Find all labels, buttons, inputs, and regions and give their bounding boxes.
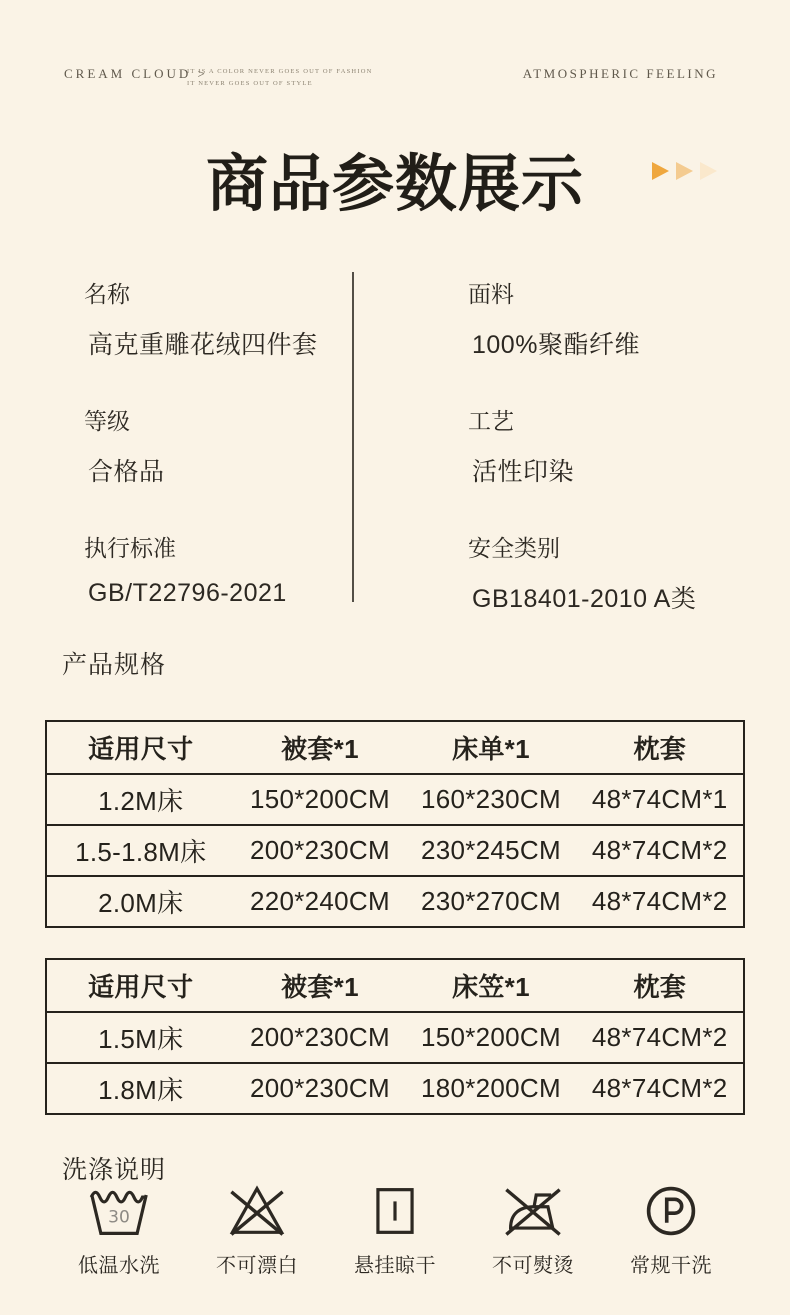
table-cell: 220*240CM — [234, 876, 405, 927]
washing-icons-row: 30 低温水洗 不可漂白 悬挂晾干 — [45, 1183, 745, 1278]
svg-text:30: 30 — [108, 1208, 130, 1228]
table-header-row: 适用尺寸 被套*1 床笠*1 枕套 — [46, 959, 744, 1012]
param-standard: 执行标准 GB/T22796-2021 — [84, 530, 384, 608]
param-value: GB18401-2010 A类 — [468, 579, 768, 615]
param-value: 高克重雕花绒四件套 — [84, 325, 384, 361]
wash-item-label: 低温水洗 — [78, 1249, 160, 1278]
wash-item-low-temp: 30 低温水洗 — [59, 1183, 179, 1278]
size-table-bedsheet: 适用尺寸 被套*1 床单*1 枕套 1.2M床 150*200CM 160*23… — [45, 720, 745, 928]
brand-slogan-line2: IT NEVER GOES OUT OF STYLE — [187, 78, 372, 90]
param-name: 名称 高克重雕花绒四件套 — [84, 276, 384, 361]
table-cell: 48*74CM*2 — [576, 825, 744, 876]
table-row: 1.5M床 200*230CM 150*200CM 48*74CM*2 — [46, 1012, 744, 1063]
param-label: 执行标准 — [84, 530, 384, 563]
table-cell: 230*245CM — [405, 825, 576, 876]
wash-item-label: 不可熨烫 — [492, 1249, 574, 1278]
column-header: 床单*1 — [405, 721, 576, 774]
wash-item-label: 不可漂白 — [216, 1249, 298, 1278]
table-cell: 200*230CM — [234, 825, 405, 876]
no-bleach-icon — [225, 1183, 289, 1239]
param-craft: 工艺 活性印染 — [468, 403, 768, 488]
table-header-row: 适用尺寸 被套*1 床单*1 枕套 — [46, 721, 744, 774]
column-header: 适用尺寸 — [46, 959, 234, 1012]
table-row: 1.8M床 200*230CM 180*200CM 48*74CM*2 — [46, 1063, 744, 1114]
column-header: 枕套 — [576, 959, 744, 1012]
param-safety-class: 安全类别 GB18401-2010 A类 — [468, 530, 768, 615]
wash-item-label: 常规干洗 — [630, 1249, 712, 1278]
param-column-left: 名称 高克重雕花绒四件套 等级 合格品 执行标准 GB/T22796-2021 — [84, 276, 384, 650]
param-value: 合格品 — [84, 452, 384, 488]
table-cell: 48*74CM*2 — [576, 876, 744, 927]
washing-section-title: 洗涤说明 — [62, 1150, 166, 1186]
param-label: 名称 — [84, 276, 384, 309]
table-cell: 48*74CM*2 — [576, 1012, 744, 1063]
table-cell: 48*74CM*1 — [576, 774, 744, 825]
param-label: 安全类别 — [468, 530, 768, 563]
arrow-right-icon — [700, 162, 717, 180]
column-header: 适用尺寸 — [46, 721, 234, 774]
column-header: 床笠*1 — [405, 959, 576, 1012]
param-value: 活性印染 — [468, 452, 768, 488]
param-label: 面料 — [468, 276, 768, 309]
param-column-right: 面料 100%聚酯纤维 工艺 活性印染 安全类别 GB18401-2010 A类 — [468, 276, 768, 657]
param-value: GB/T22796-2021 — [84, 579, 384, 608]
table-cell: 48*74CM*2 — [576, 1063, 744, 1114]
wash-item-dry-clean: 常规干洗 — [611, 1183, 731, 1278]
table-cell: 2.0M床 — [46, 876, 234, 927]
table-cell: 160*230CM — [405, 774, 576, 825]
size-table-fitted-sheet: 适用尺寸 被套*1 床笠*1 枕套 1.5M床 200*230CM 150*20… — [45, 958, 745, 1115]
table-cell: 200*230CM — [234, 1063, 405, 1114]
param-grade: 等级 合格品 — [84, 403, 384, 488]
table-cell: 1.5-1.8M床 — [46, 825, 234, 876]
table-cell: 200*230CM — [234, 1012, 405, 1063]
wash-tub-30-icon: 30 — [87, 1183, 151, 1239]
wash-item-no-iron: 不可熨烫 — [473, 1183, 593, 1278]
table-cell: 1.5M床 — [46, 1012, 234, 1063]
table-row: 1.5-1.8M床 200*230CM 230*245CM 48*74CM*2 — [46, 825, 744, 876]
no-iron-icon — [501, 1183, 565, 1239]
table-cell: 230*270CM — [405, 876, 576, 927]
hang-dry-icon — [363, 1183, 427, 1239]
column-header: 枕套 — [576, 721, 744, 774]
arrow-right-icon — [676, 162, 693, 180]
column-header: 被套*1 — [234, 721, 405, 774]
param-value: 100%聚酯纤维 — [468, 325, 768, 361]
arrow-right-icon — [652, 162, 669, 180]
table-cell: 150*200CM — [405, 1012, 576, 1063]
param-label: 等级 — [84, 403, 384, 436]
table-cell: 1.2M床 — [46, 774, 234, 825]
table-row: 2.0M床 220*240CM 230*270CM 48*74CM*2 — [46, 876, 744, 927]
brand-slogan: IT IS A COLOR NEVER GOES OUT OF FASHION … — [187, 66, 372, 90]
table-cell: 180*200CM — [405, 1063, 576, 1114]
table-cell: 150*200CM — [234, 774, 405, 825]
column-header: 被套*1 — [234, 959, 405, 1012]
spec-section-title: 产品规格 — [62, 645, 166, 681]
brand-tagline: ATMOSPHERIC FEELING — [523, 66, 718, 82]
param-label: 工艺 — [468, 403, 768, 436]
title-arrow-decoration — [652, 162, 717, 180]
wash-item-no-bleach: 不可漂白 — [197, 1183, 317, 1278]
table-cell: 1.8M床 — [46, 1063, 234, 1114]
wash-item-label: 悬挂晾干 — [354, 1249, 436, 1278]
dry-clean-icon — [639, 1183, 703, 1239]
brand-slogan-line1: IT IS A COLOR NEVER GOES OUT OF FASHION — [187, 66, 372, 78]
product-parameter-page: CREAM CLOUD > IT IS A COLOR NEVER GOES O… — [0, 0, 790, 1315]
table-row: 1.2M床 150*200CM 160*230CM 48*74CM*1 — [46, 774, 744, 825]
wash-item-hang-dry: 悬挂晾干 — [335, 1183, 455, 1278]
param-fabric: 面料 100%聚酯纤维 — [468, 276, 768, 361]
